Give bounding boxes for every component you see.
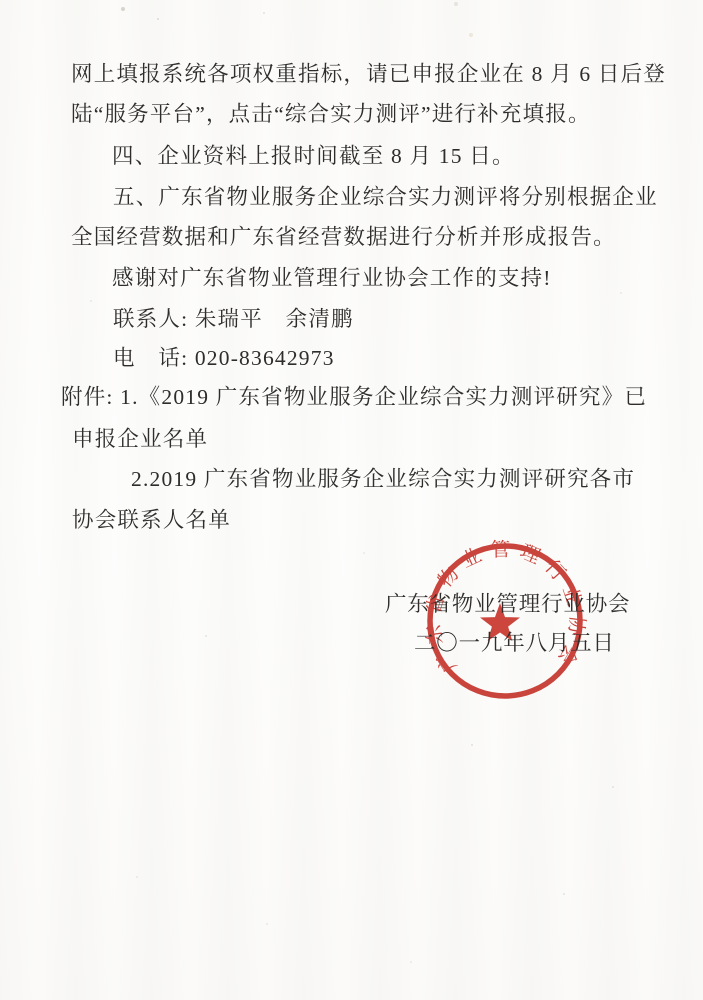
body-line: 五、广东省物业服务企业综合实力测评将分别根据企业 [113,184,658,210]
attachment-line-1: 附件: 1.《2019 广东省物业服务企业综合实力测评研究》已 [61,384,647,410]
signature-org: 广东省物业管理行业协会 [385,591,630,617]
body-line: 陆“服务平台”，点击“综合实力测评”进行补充填报。 [71,101,591,127]
scanned-document-page: 网上填报系统各项权重指标，请已申报企业在 8 月 6 日后登 陆“服务平台”，点… [0,0,703,1000]
body-line: 四、企业资料上报时间截至 8 月 15 日。 [112,143,515,169]
attachment-line-2-cont: 协会联系人名单 [72,507,231,533]
body-line: 感谢对广东省物业管理行业协会工作的支持! [112,265,552,291]
body-line: 网上填报系统各项权重指标，请已申报企业在 8 月 6 日后登 [71,61,666,87]
paper-speckles [0,0,2,2]
body-line: 全国经营数据和广东省经营数据进行分析并形成报告。 [71,224,616,250]
contact-persons-line: 联系人: 朱瑞平 余清鹏 [113,306,354,332]
seal-ring [430,546,580,696]
attachment-line-1-cont: 申报企业名单 [72,426,208,452]
signature-date: 二〇一九年八月五日 [414,630,615,656]
attachment-line-2: 2.2019 广东省物业服务企业综合实力测评研究各市 [131,466,635,492]
contact-phone-line: 电 话: 020-83642973 [113,345,335,371]
